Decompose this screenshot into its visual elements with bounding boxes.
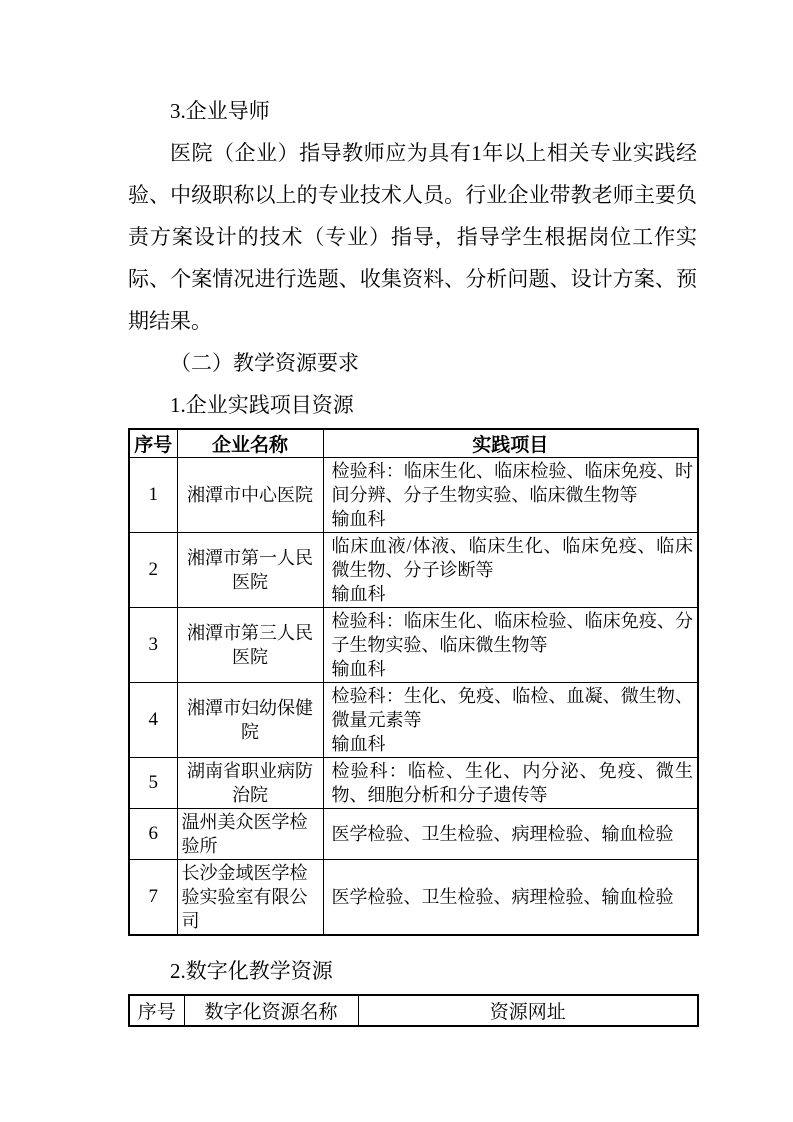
practice-header-name: 企业名称	[177, 429, 323, 458]
practice-project-table: 序号 企业名称 实践项目 1 湘潭市中心医院 检验科：临床生化、临床检验、临床免…	[128, 428, 699, 936]
table-row: 5 湖南省职业病防治院 检验科：临检、生化、内分泌、免疫、微生物、细胞分析和分子…	[129, 758, 698, 809]
digital-header-name: 数字化资源名称	[184, 995, 358, 1026]
practice-header-projects: 实践项目	[323, 429, 698, 458]
paragraph-mentor-requirements: 医院（企业）指导教师应为具有1年以上相关专业实践经验、中级职称以上的专业技术人员…	[128, 132, 697, 342]
practice-header-no: 序号	[129, 429, 177, 458]
heading-digital-teaching-resources: 2.数字化教学资源	[128, 950, 697, 992]
enterprise-name: 长沙金域医学检验实验室有限公司	[177, 860, 323, 936]
practice-projects: 临床血液/体液、临床生化、临床免疫、临床微生物、分子诊断等 输血科	[323, 533, 698, 608]
digital-resource-table: 序号 数字化资源名称 资源网址	[128, 994, 699, 1027]
heading-teaching-resource-requirements: （二）教学资源要求	[128, 342, 697, 384]
enterprise-name: 湘潭市第三人民医院	[177, 608, 323, 683]
row-no: 7	[129, 860, 177, 936]
enterprise-name: 湘潭市中心医院	[177, 458, 323, 533]
heading-enterprise-mentor: 3.企业导师	[128, 90, 697, 132]
practice-table-header-row: 序号 企业名称 实践项目	[129, 429, 698, 458]
enterprise-name: 湘潭市第一人民医院	[177, 533, 323, 608]
heading-enterprise-practice-resources: 1.企业实践项目资源	[128, 384, 697, 426]
digital-header-url: 资源网址	[358, 995, 698, 1026]
practice-projects: 检验科：临床生化、临床检验、临床免疫、时间分辨、分子生物实验、临床微生物等 输血…	[323, 458, 698, 533]
enterprise-name: 湖南省职业病防治院	[177, 758, 323, 809]
table-row: 7 长沙金域医学检验实验室有限公司 医学检验、卫生检验、病理检验、输血检验	[129, 860, 698, 936]
practice-projects: 检验科：临床生化、临床检验、临床免疫、分子生物实验、临床微生物等 输血科	[323, 608, 698, 683]
table-row: 2 湘潭市第一人民医院 临床血液/体液、临床生化、临床免疫、临床微生物、分子诊断…	[129, 533, 698, 608]
digital-header-no: 序号	[129, 995, 184, 1026]
document-content: 3.企业导师 医院（企业）指导教师应为具有1年以上相关专业实践经验、中级职称以上…	[128, 90, 697, 1027]
row-no: 2	[129, 533, 177, 608]
table-row: 6 温州美众医学检验所 医学检验、卫生检验、病理检验、输血检验	[129, 809, 698, 860]
row-no: 3	[129, 608, 177, 683]
row-no: 5	[129, 758, 177, 809]
practice-projects: 医学检验、卫生检验、病理检验、输血检验	[323, 860, 698, 936]
table-row: 1 湘潭市中心医院 检验科：临床生化、临床检验、临床免疫、时间分辨、分子生物实验…	[129, 458, 698, 533]
enterprise-name: 温州美众医学检验所	[177, 809, 323, 860]
table-row: 3 湘潭市第三人民医院 检验科：临床生化、临床检验、临床免疫、分子生物实验、临床…	[129, 608, 698, 683]
digital-table-header-row: 序号 数字化资源名称 资源网址	[129, 995, 698, 1026]
row-no: 1	[129, 458, 177, 533]
practice-projects: 检验科：临检、生化、内分泌、免疫、微生物、细胞分析和分子遗传等	[323, 758, 698, 809]
practice-projects: 医学检验、卫生检验、病理检验、输血检验	[323, 809, 698, 860]
practice-projects: 检验科：生化、免疫、临检、血凝、微生物、微量元素等 输血科	[323, 683, 698, 758]
table-row: 4 湘潭市妇幼保健院 检验科：生化、免疫、临检、血凝、微生物、微量元素等 输血科	[129, 683, 698, 758]
row-no: 4	[129, 683, 177, 758]
enterprise-name: 湘潭市妇幼保健院	[177, 683, 323, 758]
document-page: 3.企业导师 医院（企业）指导教师应为具有1年以上相关专业实践经验、中级职称以上…	[0, 0, 793, 1122]
row-no: 6	[129, 809, 177, 860]
